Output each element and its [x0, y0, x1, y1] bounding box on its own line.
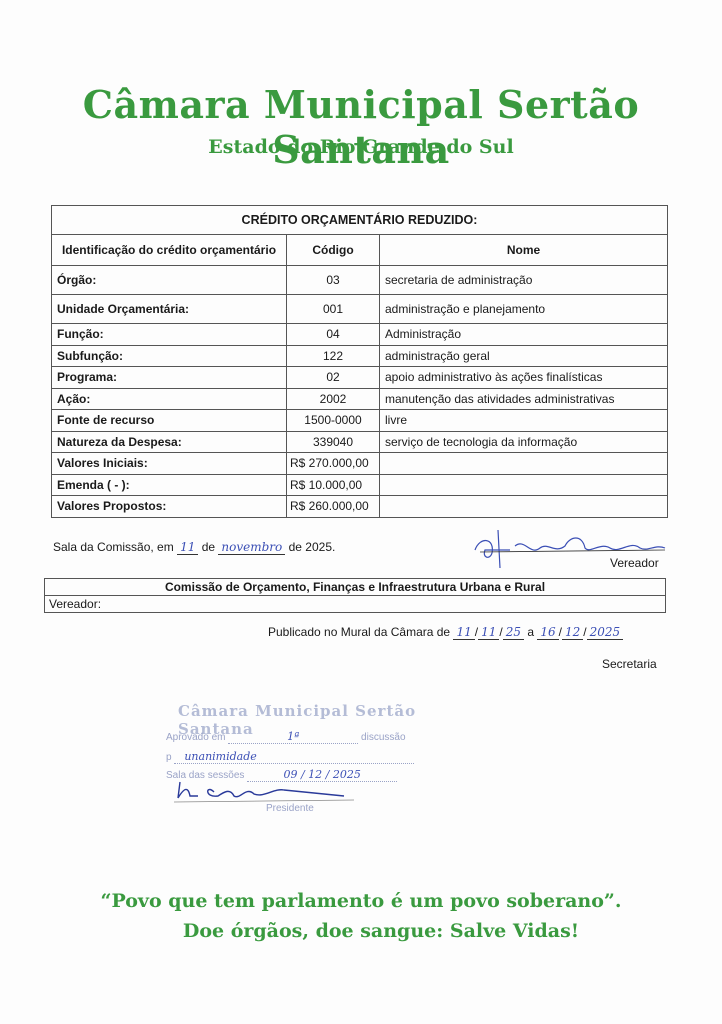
pub-sep: a: [527, 625, 534, 639]
commission-vereador-label: Vereador:: [45, 596, 666, 613]
handwritten-month: novembro: [218, 540, 285, 555]
row-name: administração geral: [380, 345, 668, 367]
table-row: Natureza da Despesa:339040serviço de tec…: [52, 431, 668, 453]
row-label: Natureza da Despesa:: [52, 431, 287, 453]
stamp-by-line: p unanimidade: [166, 750, 416, 764]
row-name: livre: [380, 410, 668, 432]
row-name: manutenção das atividades administrativa…: [380, 388, 668, 410]
credit-table: CRÉDITO ORÇAMENTÁRIO REDUZIDO: Identific…: [51, 205, 668, 518]
commission-title: Comissão de Orçamento, Finanças e Infrae…: [45, 579, 666, 596]
chamber-title: Câmara Municipal Sertão Santana: [0, 82, 722, 172]
row-label: Programa:: [52, 367, 287, 389]
table-row: Fonte de recurso1500-0000livre: [52, 410, 668, 432]
sala-suffix: de 2025.: [289, 540, 336, 554]
column-header-code: Código: [287, 235, 380, 266]
stamp-president-label: Presidente: [266, 803, 314, 814]
secretaria-label: Secretaria: [602, 657, 657, 671]
president-signature: [174, 778, 374, 806]
row-label: Ação:: [52, 388, 287, 410]
row-code: 1500-0000: [287, 410, 380, 432]
table-row: Valores Propostos:R$ 260.000,00: [52, 496, 668, 518]
pub-to-year: 2025: [587, 625, 624, 640]
sala-de: de: [202, 540, 215, 554]
stamp-approved-line: Aprovado em 1ª discussão: [166, 730, 416, 744]
row-code: 339040: [287, 431, 380, 453]
table-caption: CRÉDITO ORÇAMENTÁRIO REDUZIDO:: [52, 206, 668, 235]
row-name: serviço de tecnologia da informação: [380, 431, 668, 453]
table-row: Função:04Administração: [52, 324, 668, 346]
row-label: Fonte de recurso: [52, 410, 287, 432]
row-code: 122: [287, 345, 380, 367]
row-code: 02: [287, 367, 380, 389]
table-row: Órgão:03secretaria de administração: [52, 266, 668, 295]
column-header-name: Nome: [380, 235, 668, 266]
publication-line: Publicado no Mural da Câmara de 11/11/25…: [268, 625, 623, 640]
row-label: Função:: [52, 324, 287, 346]
row-name: [380, 453, 668, 475]
table-row: Valores Iniciais:R$ 270.000,00: [52, 453, 668, 475]
row-name: Administração: [380, 324, 668, 346]
row-code: 001: [287, 295, 380, 324]
approval-stamp: Câmara Municipal Sertão Santana Aprovado…: [166, 700, 426, 815]
sala-prefix: Sala da Comissão, em: [53, 540, 174, 554]
pub-from-month: 11: [478, 625, 499, 640]
row-code: 2002: [287, 388, 380, 410]
table-row: Unidade Orçamentária:001administração e …: [52, 295, 668, 324]
footer-motto-1: “Povo que tem parlamento é um povo sober…: [0, 890, 722, 912]
publication-text: Publicado no Mural da Câmara de: [268, 625, 450, 639]
row-name: [380, 474, 668, 496]
state-subtitle: Estado do Rio Grande do Sul: [0, 136, 722, 158]
table-row: Emenda ( - ):R$ 10.000,00: [52, 474, 668, 496]
row-code: R$ 270.000,00: [287, 453, 380, 475]
row-label: Valores Propostos:: [52, 496, 287, 518]
row-code: 03: [287, 266, 380, 295]
row-label: Subfunção:: [52, 345, 287, 367]
row-label: Órgão:: [52, 266, 287, 295]
footer-motto-2: Doe órgãos, doe sangue: Salve Vidas!: [0, 920, 722, 942]
table-row: Programa:02apoio administrativo às ações…: [52, 367, 668, 389]
pub-to-month: 12: [562, 625, 583, 640]
commission-box: Comissão de Orçamento, Finanças e Infrae…: [44, 578, 666, 613]
row-name: administração e planejamento: [380, 295, 668, 324]
pub-from-year: 25: [503, 625, 524, 640]
pub-to-day: 16: [537, 625, 558, 640]
row-name: apoio administrativo às ações finalístic…: [380, 367, 668, 389]
row-code: 04: [287, 324, 380, 346]
pub-from-day: 11: [453, 625, 474, 640]
row-code: R$ 10.000,00: [287, 474, 380, 496]
handwritten-day: 11: [177, 540, 198, 555]
row-name: [380, 496, 668, 518]
column-header-identification: Identificação do crédito orçamentário: [52, 235, 287, 266]
commission-date-line: Sala da Comissão, em 11 de novembro de 2…: [53, 540, 335, 555]
row-label: Emenda ( - ):: [52, 474, 287, 496]
row-label: Valores Iniciais:: [52, 453, 287, 475]
row-name: secretaria de administração: [380, 266, 668, 295]
table-row: Subfunção:122administração geral: [52, 345, 668, 367]
table-row: Ação:2002manutenção das atividades admin…: [52, 388, 668, 410]
row-label: Unidade Orçamentária:: [52, 295, 287, 324]
row-code: R$ 260.000,00: [287, 496, 380, 518]
vereador-signature-label: Vereador: [610, 556, 659, 570]
